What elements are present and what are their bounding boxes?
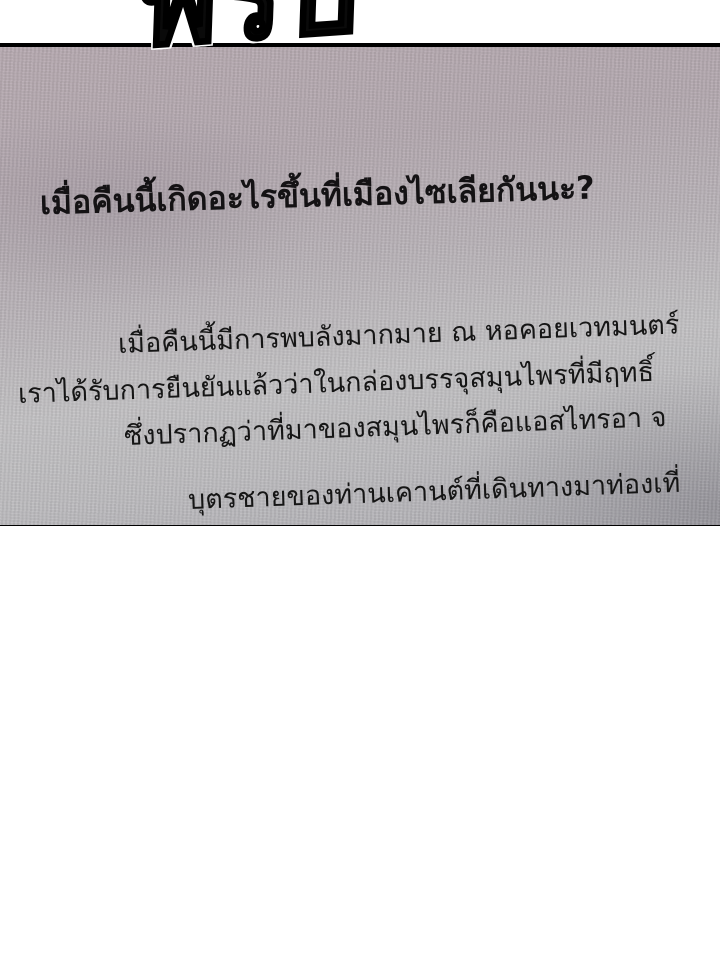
panel-text-area: เมื่อคืนนี้เกิดอะไรขึ้นที่เมืองไซเลียกัน… [0, 47, 720, 521]
blank-page-area [0, 526, 720, 957]
body-line-4: บุตรชายของท่านเคานต์ที่เดินทางมาท่องเที่ [187, 461, 681, 521]
headline: เมื่อคืนนี้เกิดอะไรขึ้นที่เมืองไซเลียกัน… [39, 159, 720, 229]
sound-effect-text: พรึบ [138, 0, 364, 64]
